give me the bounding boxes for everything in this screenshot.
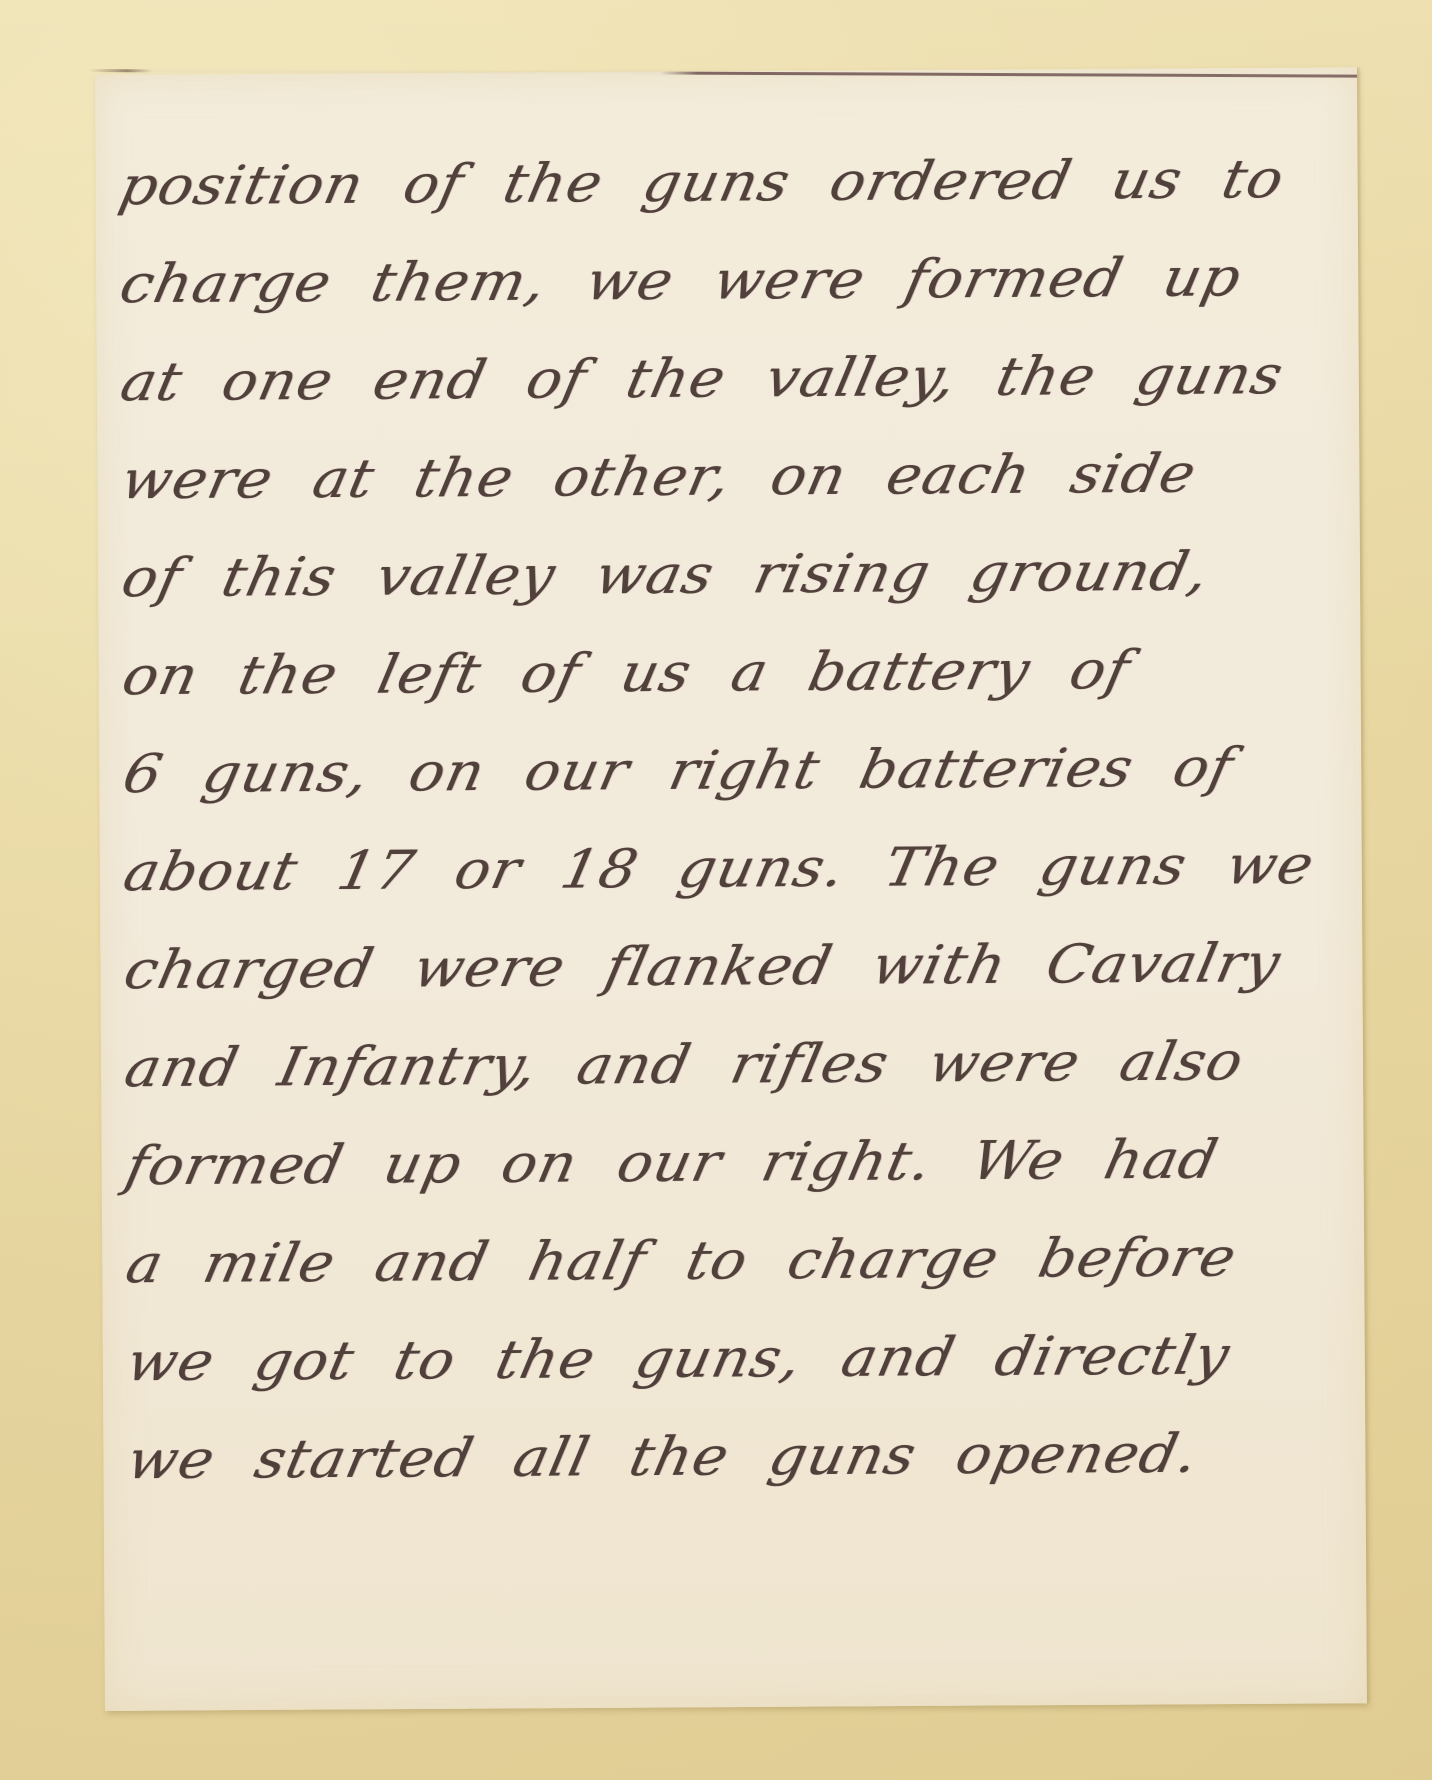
text-line: charge them, we were formed up bbox=[112, 231, 1341, 329]
text-line: were at the other, on each side bbox=[113, 427, 1342, 525]
handwritten-text-block: position of the guns ordered us to charg… bbox=[120, 129, 1338, 1508]
text-line: 6 guns, on our right batteries of bbox=[115, 721, 1344, 819]
top-edge-rule bbox=[89, 69, 1357, 78]
page-edge-shadow bbox=[1357, 67, 1371, 1703]
text-line: formed up on our right. We had bbox=[117, 1113, 1346, 1211]
text-line: position of the guns ordered us to bbox=[111, 133, 1340, 231]
text-line: about 17 or 18 guns. The guns we bbox=[116, 819, 1345, 917]
text-line: on the left of us a battery of bbox=[114, 623, 1343, 721]
letter-page: position of the guns ordered us to charg… bbox=[95, 67, 1367, 1711]
text-line: a mile and half to charge before bbox=[118, 1211, 1347, 1309]
text-line: charged were flanked with Cavalry bbox=[116, 917, 1345, 1015]
text-line: we started all the guns opened. bbox=[119, 1407, 1348, 1505]
text-line: we got to the guns, and directly bbox=[119, 1309, 1348, 1407]
text-line: at one end of the valley, the guns bbox=[113, 329, 1342, 427]
text-line: of this valley was rising ground, bbox=[114, 525, 1343, 623]
text-line: and Infantry, and rifles were also bbox=[117, 1015, 1346, 1113]
